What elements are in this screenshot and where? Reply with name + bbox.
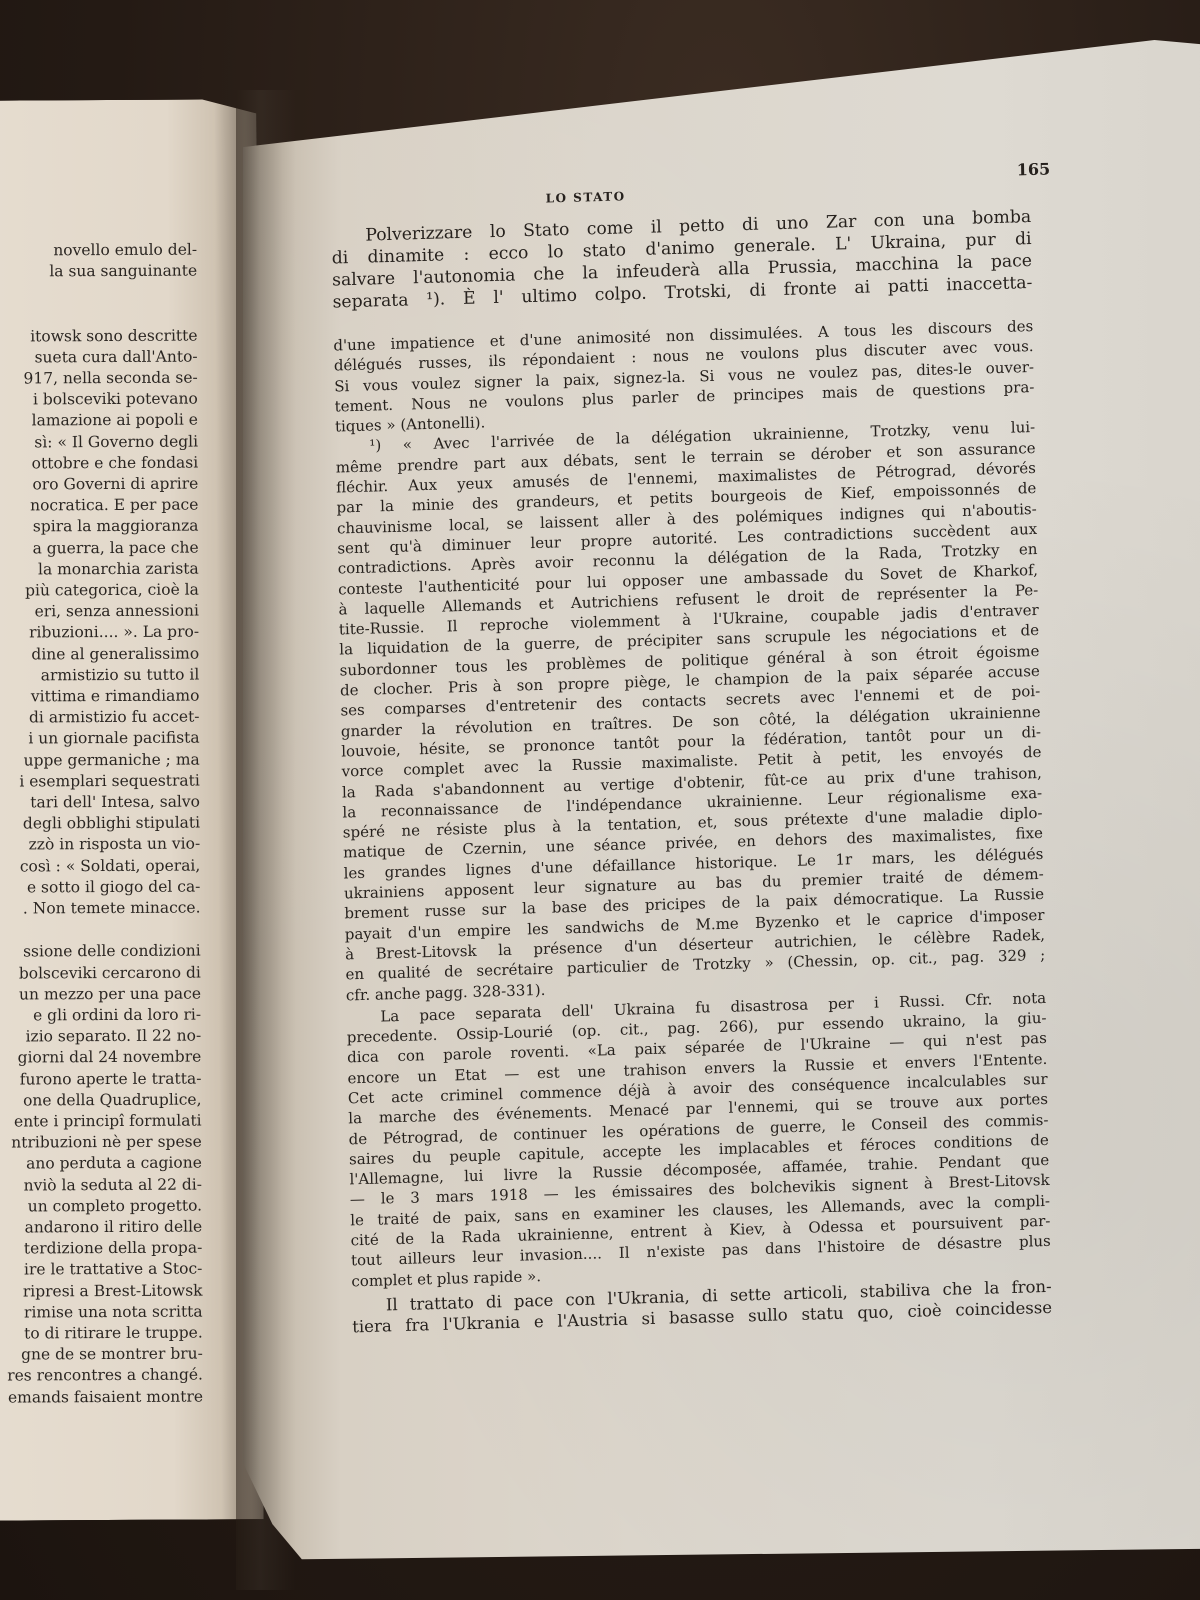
text-line: nviò la seduta al 22 di- [0,1174,202,1196]
text-line: nocratica. E per pace [0,495,198,517]
text-line: tari dell' Intesa, salvo [0,792,200,814]
text-line: res rencontres a changé. [0,1365,203,1387]
text-line: izio separato. Il 22 no- [0,1026,201,1048]
text-line: 917, nella seconda se- [0,368,198,390]
text-line: sueta cura dall'Anto- [0,346,198,368]
text-line: un mezzo per una pace [0,983,201,1005]
text-line: emands faisaient montre [0,1386,203,1408]
text-line: ssione delle condizioni [0,941,201,963]
text-line: i esemplari sequestrati [0,770,200,792]
text-line: ribuzioni.... ». La pro- [0,622,199,644]
text-line: furono aperte le tratta- [0,1068,201,1090]
text-line: ntribuzioni nè per spese [0,1132,202,1154]
text-line: ano perduta a cagione [0,1153,202,1175]
text-line: vittima e rimandiamo [0,686,199,708]
text-line: andarono il ritiro delle [0,1216,202,1238]
text-line: la sua sanguinante [0,261,197,283]
text-line: spira la maggioranza [0,516,199,538]
text-line: ¹). [0,282,197,304]
paragraph-gap [0,919,201,942]
footnote-2: La pace separata dell' Ukraina fu disast… [346,988,1051,1292]
text-line: lamazione ai popoli e [0,410,198,432]
text-line: . Non temete minacce. [0,898,201,920]
text-line: gne de se montrer bru- [0,1344,203,1366]
text-line: zzò in risposta un vio- [0,834,200,856]
text-line: novello emulo del- [0,240,197,262]
footnote-1: ¹) « Avec l'arrivée de la délégation ukr… [335,417,1046,1005]
text-line: giorni dal 24 novembre [0,1047,201,1069]
text-line: ripresi a Brest-Litowsk [0,1280,203,1302]
text-line: più categorica, cioè la [0,580,199,602]
text-line: la monarchia zarista [0,558,199,580]
text-line: ottobre e che fondasi [0,452,198,474]
text-line: dine al generalissimo [0,643,199,665]
text-line: to di ritirare le truppe. [0,1322,203,1344]
footnote-continuation: d'une impatience et d'une animosité non … [333,316,1035,437]
text-line: e gli ordini da loro ri- [0,1004,201,1026]
text-line: degli obblighi stipulati [0,813,200,835]
text-line: uppe germaniche ; ma [0,749,200,771]
text-line: sì: « Il Governo degli [0,431,198,453]
left-page: novello emulo del- la sua sanguinante ¹)… [0,99,264,1521]
text-line: i bolsceviki potevano [0,389,198,411]
body-paragraph: Polverizzare lo Stato come il petto di u… [331,206,1032,314]
text-line: i un giornale pacifista [0,728,200,750]
text-line: bolsceviki cercarono di [0,962,201,984]
paragraph-gap [0,303,197,326]
text-line: itowsk sono descritte [0,325,198,347]
text-line: così : « Soldati, operai, [0,855,200,877]
text-line: ente i principî formulati [0,1110,202,1132]
text-line: un completo progetto. [0,1195,202,1217]
text-line: ire le trattative a Stoc- [0,1259,202,1281]
running-title: LO STATO [546,189,626,205]
text-line: oro Governi di aprire [0,474,198,496]
text-line: di armistizio fu accet- [0,707,200,729]
text-line: a guerra, la pace che [0,537,199,559]
text-line: eri, senza annessioni [0,601,199,623]
right-page-text: LO STATO 165 Polverizzare lo Stato come … [330,160,1052,1338]
text-line: rimise una nota scritta [0,1301,203,1323]
text-line: terdizione della propa- [0,1238,202,1260]
text-line: e sotto il giogo del ca- [0,876,200,898]
page-number: 165 [1017,159,1051,179]
book-photo: novello emulo del- la sua sanguinante ¹)… [0,0,1200,1600]
text-line: armistizio su tutto il [0,664,199,686]
text-line: one della Quadruplice, [0,1089,202,1111]
left-page-text: novello emulo del- la sua sanguinante ¹)… [0,240,203,1409]
